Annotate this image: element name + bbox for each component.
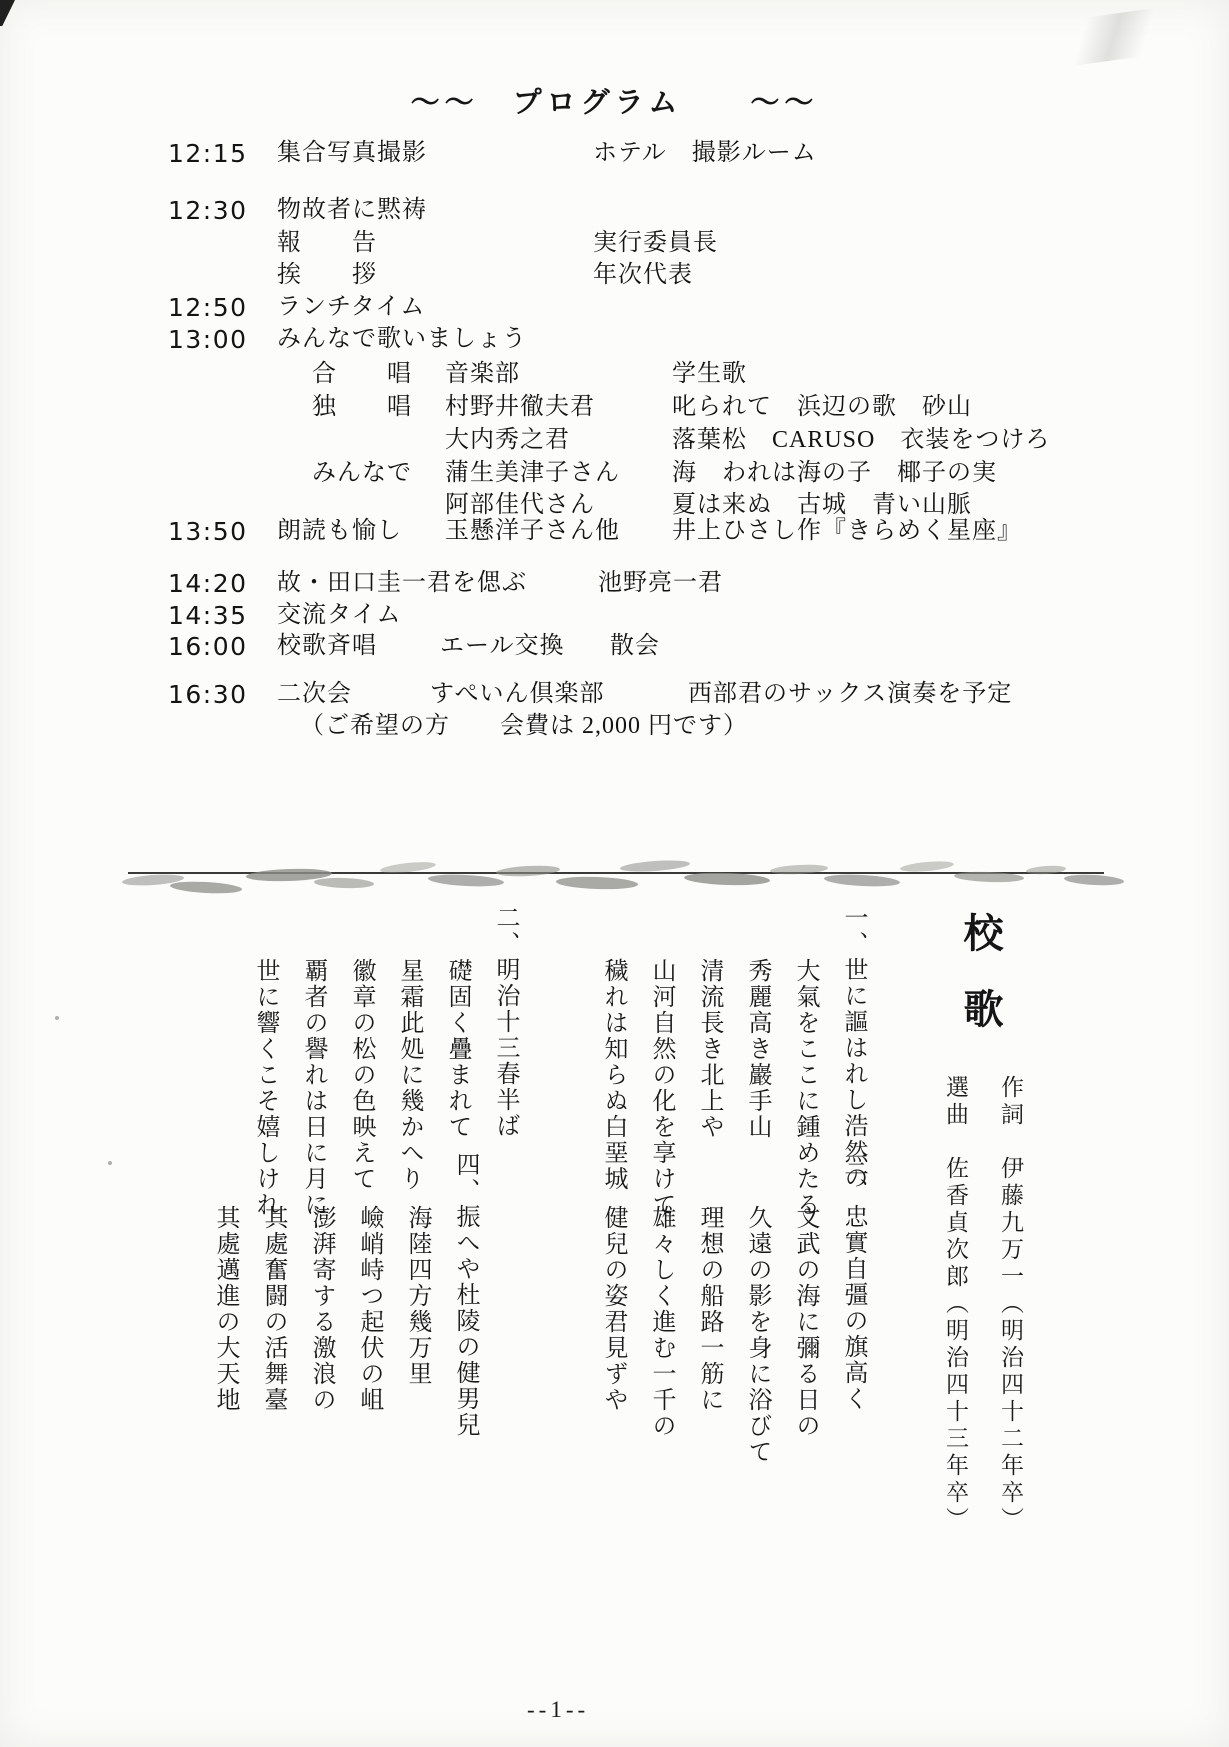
song-verse-line: 三、忠實自彊の旗高く xyxy=(829,1152,877,1512)
song-verse-line: 四、振へや杜陵の健男兒 xyxy=(441,1152,489,1512)
song-credit-line: 作詞 伊藤九万一（明治四十二年卒） xyxy=(983,1075,1038,1635)
song-verse-line: 健兒の姿君見ずや xyxy=(589,1152,637,1512)
song-verse-line: 雄々しく進む一千の xyxy=(637,1152,685,1512)
song-verse: 三、忠實自彊の旗高く文武の海に彌る日の久遠の影を身に浴びて理想の船路一筋に雄々し… xyxy=(589,1152,877,1512)
song-verse-line: 其處邁進の大天地 xyxy=(201,1152,249,1512)
song-credits: 作詞 伊藤九万一（明治四十二年卒）選曲 佐香貞次郎（明治四十三年卒） xyxy=(928,1075,1038,1635)
song-verse-line: 澎湃寄する激浪の xyxy=(297,1152,345,1512)
song-verse: 四、振へや杜陵の健男兒海陸四方幾万里嶮峭峙つ起伏の岨澎湃寄する激浪の其處奮闘の活… xyxy=(201,1152,489,1512)
song-verse-line: 海陸四方幾万里 xyxy=(393,1152,441,1512)
song-verse-line: 嶮峭峙つ起伏の岨 xyxy=(345,1152,393,1512)
song-verse-line: 其處奮闘の活舞臺 xyxy=(249,1152,297,1512)
song-credit-line: 選曲 佐香貞次郎（明治四十三年卒） xyxy=(928,1075,983,1635)
school-song-section: 校歌 作詞 伊藤九万一（明治四十二年卒）選曲 佐香貞次郎（明治四十三年卒） 一、… xyxy=(0,0,1229,1747)
song-verse-line: 久遠の影を身に浴びて xyxy=(733,1152,781,1512)
song-verse-line: 理想の船路一筋に xyxy=(685,1152,733,1512)
page-number: --1-- xyxy=(527,1697,589,1723)
scanned-page: 〜〜 プログラム 〜〜 12:15集合写真撮影ホテル 撮影ルーム12:30物故者… xyxy=(0,0,1229,1747)
song-verse-line: 文武の海に彌る日の xyxy=(781,1152,829,1512)
